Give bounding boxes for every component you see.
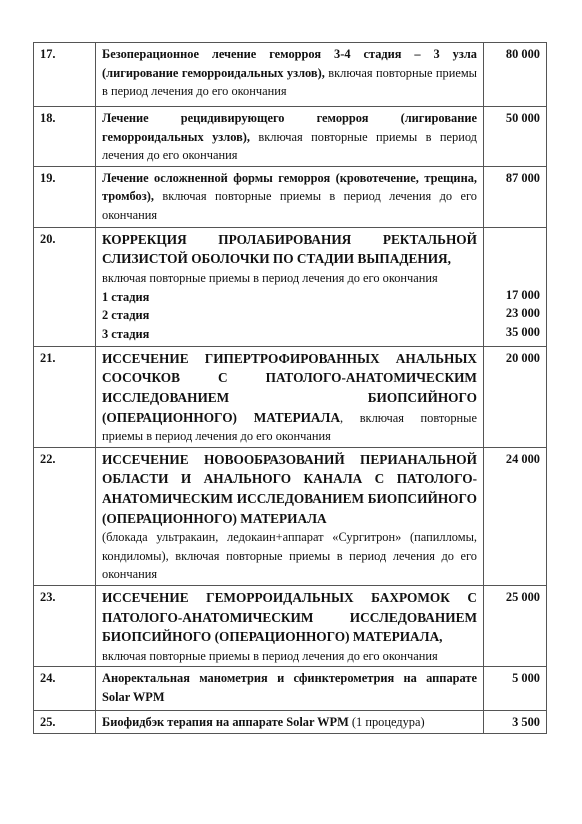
- service-description: Аноректальная манометрия и сфинктерометр…: [96, 667, 484, 711]
- row-number: 17.: [34, 43, 96, 107]
- service-title: КОРРЕКЦИЯ ПРОЛАБИРОВАНИЯ РЕКТАЛЬНОЙ СЛИЗ…: [102, 232, 477, 267]
- row-number: 21.: [34, 346, 96, 447]
- service-title: ИССЕЧЕНИЕ ГЕМОРРОИДАЛЬНЫХ БАХРОМОК С ПАТ…: [102, 590, 477, 644]
- service-description: ИССЕЧЕНИЕ ГИПЕРТРОФИРОВАННЫХ АНАЛЬНЫХ СО…: [96, 346, 484, 447]
- service-price: 25 000: [484, 585, 547, 666]
- service-price: 20 000: [484, 346, 547, 447]
- service-note: включая повторные приемы в период лечени…: [102, 269, 477, 288]
- stage-label: 3 стадия: [102, 325, 477, 344]
- table-row: 23. ИССЕЧЕНИЕ ГЕМОРРОИДАЛЬНЫХ БАХРОМОК С…: [34, 585, 547, 666]
- stage-label: 1 стадия: [102, 288, 477, 307]
- service-description: ИССЕЧЕНИЕ НОВООБРАЗОВАНИЙ ПЕРИАНАЛЬНОЙ О…: [96, 447, 484, 585]
- table-row: 24. Аноректальная манометрия и сфинктеро…: [34, 667, 547, 711]
- row-number: 23.: [34, 585, 96, 666]
- stage-price: 35 000: [490, 323, 540, 342]
- table-row: 25. Биофидбэк терапия на аппарате Solar …: [34, 711, 547, 734]
- row-number: 24.: [34, 667, 96, 711]
- service-price: 24 000: [484, 447, 547, 585]
- service-description: Лечение осложненной формы геморроя (кров…: [96, 166, 484, 227]
- table-row: 19. Лечение осложненной формы геморроя (…: [34, 166, 547, 227]
- service-title: Аноректальная манометрия и сфинктерометр…: [102, 671, 477, 704]
- service-description: Биофидбэк терапия на аппарате Solar WPM …: [96, 711, 484, 734]
- service-price: 87 000: [484, 166, 547, 227]
- service-price: 80 000: [484, 43, 547, 107]
- row-number: 20.: [34, 227, 96, 346]
- service-title: Биофидбэк терапия на аппарате Solar WPM: [102, 715, 349, 729]
- table-row: 17. Безоперационное лечение геморроя 3-4…: [34, 43, 547, 107]
- service-title: ИССЕЧЕНИЕ НОВООБРАЗОВАНИЙ ПЕРИАНАЛЬНОЙ О…: [102, 452, 477, 526]
- table-row: 22. ИССЕЧЕНИЕ НОВООБРАЗОВАНИЙ ПЕРИАНАЛЬН…: [34, 447, 547, 585]
- service-description: КОРРЕКЦИЯ ПРОЛАБИРОВАНИЯ РЕКТАЛЬНОЙ СЛИЗ…: [96, 227, 484, 346]
- table-row: 18. Лечение рецидивирующего геморроя (ли…: [34, 107, 547, 167]
- service-description: ИССЕЧЕНИЕ ГЕМОРРОИДАЛЬНЫХ БАХРОМОК С ПАТ…: [96, 585, 484, 666]
- stage-price: 23 000: [490, 304, 540, 323]
- service-price: 3 500: [484, 711, 547, 734]
- stage-price: 17 000: [490, 286, 540, 305]
- service-note: включая повторные приемы в период лечени…: [102, 189, 477, 222]
- row-number: 25.: [34, 711, 96, 734]
- service-note: (блокада ультракаин, ледокаин+аппарат «С…: [102, 528, 477, 584]
- service-price: 5 000: [484, 667, 547, 711]
- service-price: 50 000: [484, 107, 547, 167]
- table-row: 20. КОРРЕКЦИЯ ПРОЛАБИРОВАНИЯ РЕКТАЛЬНОЙ …: [34, 227, 547, 346]
- table-row: 21. ИССЕЧЕНИЕ ГИПЕРТРОФИРОВАННЫХ АНАЛЬНЫ…: [34, 346, 547, 447]
- service-description: Лечение рецидивирующего геморроя (лигиро…: [96, 107, 484, 167]
- row-number: 19.: [34, 166, 96, 227]
- stage-label: 2 стадия: [102, 306, 477, 325]
- row-number: 18.: [34, 107, 96, 167]
- row-number: 22.: [34, 447, 96, 585]
- service-description: Безоперационное лечение геморроя 3-4 ста…: [96, 43, 484, 107]
- service-note: (1 процедура): [349, 715, 425, 729]
- service-note: включая повторные приемы в период лечени…: [102, 647, 477, 666]
- stage-prices: 17 000 23 000 35 000: [484, 227, 547, 346]
- price-list-table: 17. Безоперационное лечение геморроя 3-4…: [33, 42, 547, 734]
